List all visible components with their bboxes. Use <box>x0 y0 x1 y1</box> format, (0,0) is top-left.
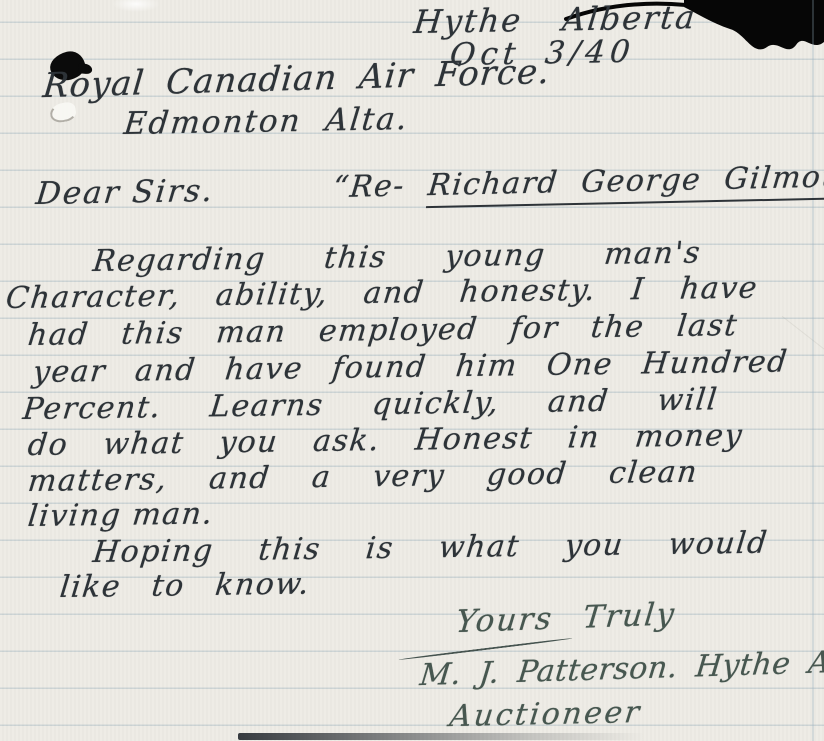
subject-line: “Re- Richard George Gilmour” <box>331 159 824 205</box>
closing: Yours Truly <box>454 596 678 640</box>
right-margin-line <box>812 0 814 741</box>
body-line: Hoping this is what you would <box>91 526 770 570</box>
subject-prefix: “Re- <box>331 168 406 205</box>
subject-name-underlined: Richard George Gilmour” <box>426 159 824 208</box>
body-line: living man. <box>26 496 235 534</box>
signature-title: Auctioneer <box>448 695 644 734</box>
scanned-letter-page: Hythe Alberta Oct 3/40 Royal Canadian Ai… <box>0 0 824 741</box>
signature-name: M. J. Patterson. Hythe Alta <box>418 644 824 693</box>
recipient-line-1: Royal Canadian Air Force. <box>41 52 552 106</box>
body-line: like to know. <box>58 567 312 606</box>
recipient-line-2: Edmonton Alta. <box>122 101 410 142</box>
top-edge-light-spot <box>112 0 160 12</box>
salutation: Dear Sirs. <box>34 173 216 212</box>
